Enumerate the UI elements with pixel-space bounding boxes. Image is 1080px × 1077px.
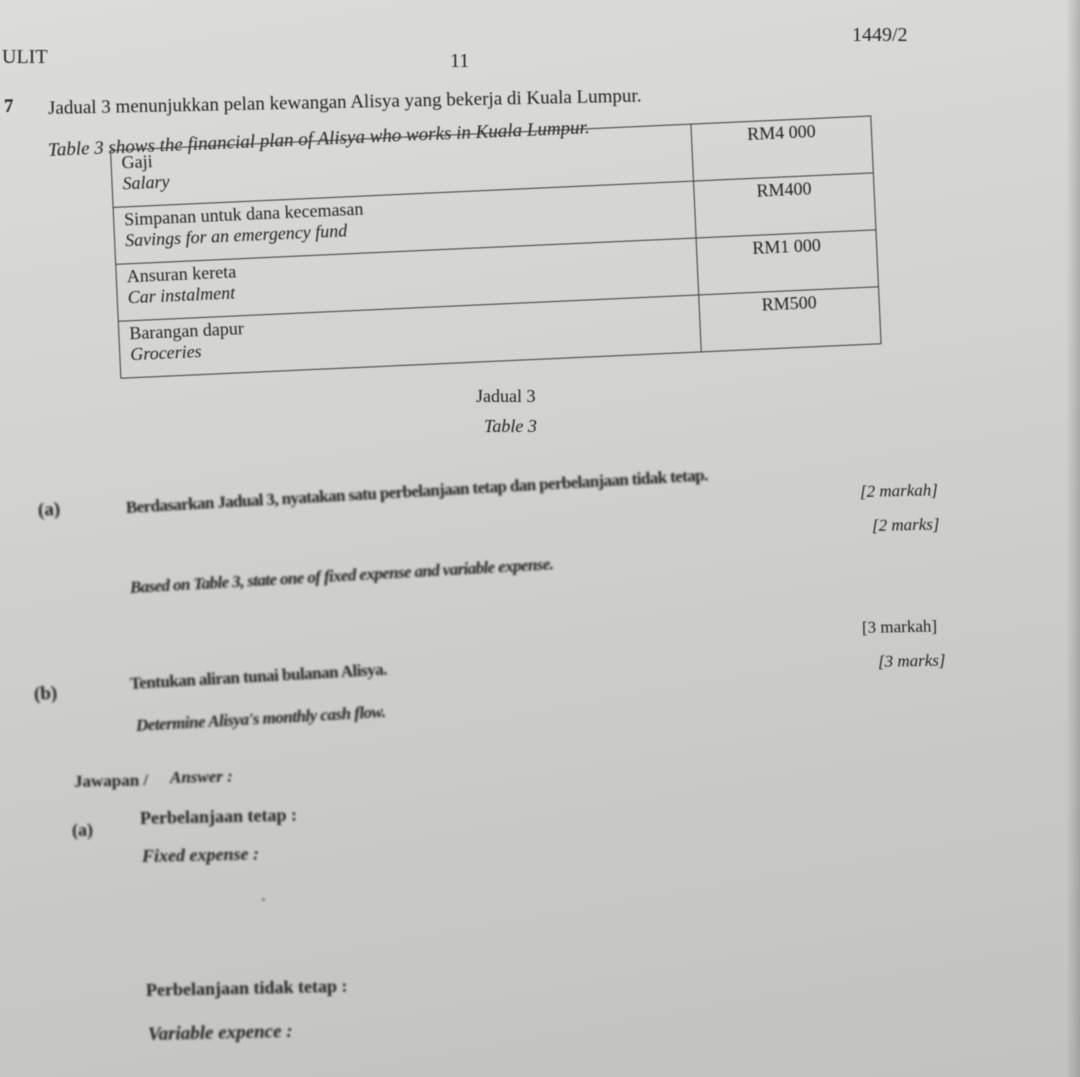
- paper-code: 1449/2: [852, 24, 908, 47]
- part-a-marks-en: [2 marks]: [872, 515, 940, 536]
- fixed-expense-label-en: Fixed expense :: [142, 844, 259, 867]
- part-a-label: (a): [37, 499, 60, 522]
- question-number: 7: [4, 96, 14, 118]
- part-b-marks-en: [3 marks]: [878, 651, 946, 672]
- page-number: 11: [450, 50, 469, 73]
- header-left: ULIT: [2, 46, 48, 69]
- part-a-text-ms: Berdasarkan Jadual 3, nyatakan satu perb…: [125, 466, 708, 518]
- table-caption-ms: Jadual 3: [476, 386, 535, 407]
- row-amount: RM400: [694, 173, 876, 238]
- stray-dot: [262, 898, 265, 901]
- row-amount: RM1 000: [696, 230, 878, 295]
- table-caption-en: Table 3: [484, 416, 537, 437]
- answer-heading-en: Answer :: [170, 767, 233, 788]
- part-b-label: (b): [33, 683, 57, 706]
- paper-edge-shadow: [1066, 0, 1080, 1077]
- variable-expense-label-ms: Perbelanjaan tidak tetap :: [146, 976, 348, 1001]
- row-amount: RM500: [699, 287, 881, 352]
- part-b-marks-ms: [3 markah]: [862, 616, 937, 638]
- part-b-text-en: Determine Alisya's monthly cash flow.: [135, 702, 386, 736]
- exam-page: ULIT 11 1449/2 7 Jadual 3 menunjukkan pe…: [0, 0, 1080, 1077]
- fixed-expense-label-ms: Perbelanjaan tetap :: [140, 805, 297, 829]
- variable-expense-label-en: Variable expence :: [148, 1021, 293, 1046]
- part-b-text-ms: Tentukan aliran tunai bulanan Alisya.: [129, 660, 387, 694]
- financial-plan-table: Gaji Salary RM4 000 Simpanan untuk dana …: [110, 115, 890, 379]
- answer-heading-ms: Jawapan /: [74, 770, 149, 792]
- part-a-text-en: Based on Table 3, state one of fixed exp…: [129, 554, 553, 598]
- answer-a-label: (a): [72, 820, 93, 841]
- row-amount: RM4 000: [691, 116, 873, 181]
- part-a-marks-ms: [2 markah]: [860, 480, 938, 502]
- question-intro-ms: Jadual 3 menunjukkan pelan kewangan Alis…: [48, 86, 642, 120]
